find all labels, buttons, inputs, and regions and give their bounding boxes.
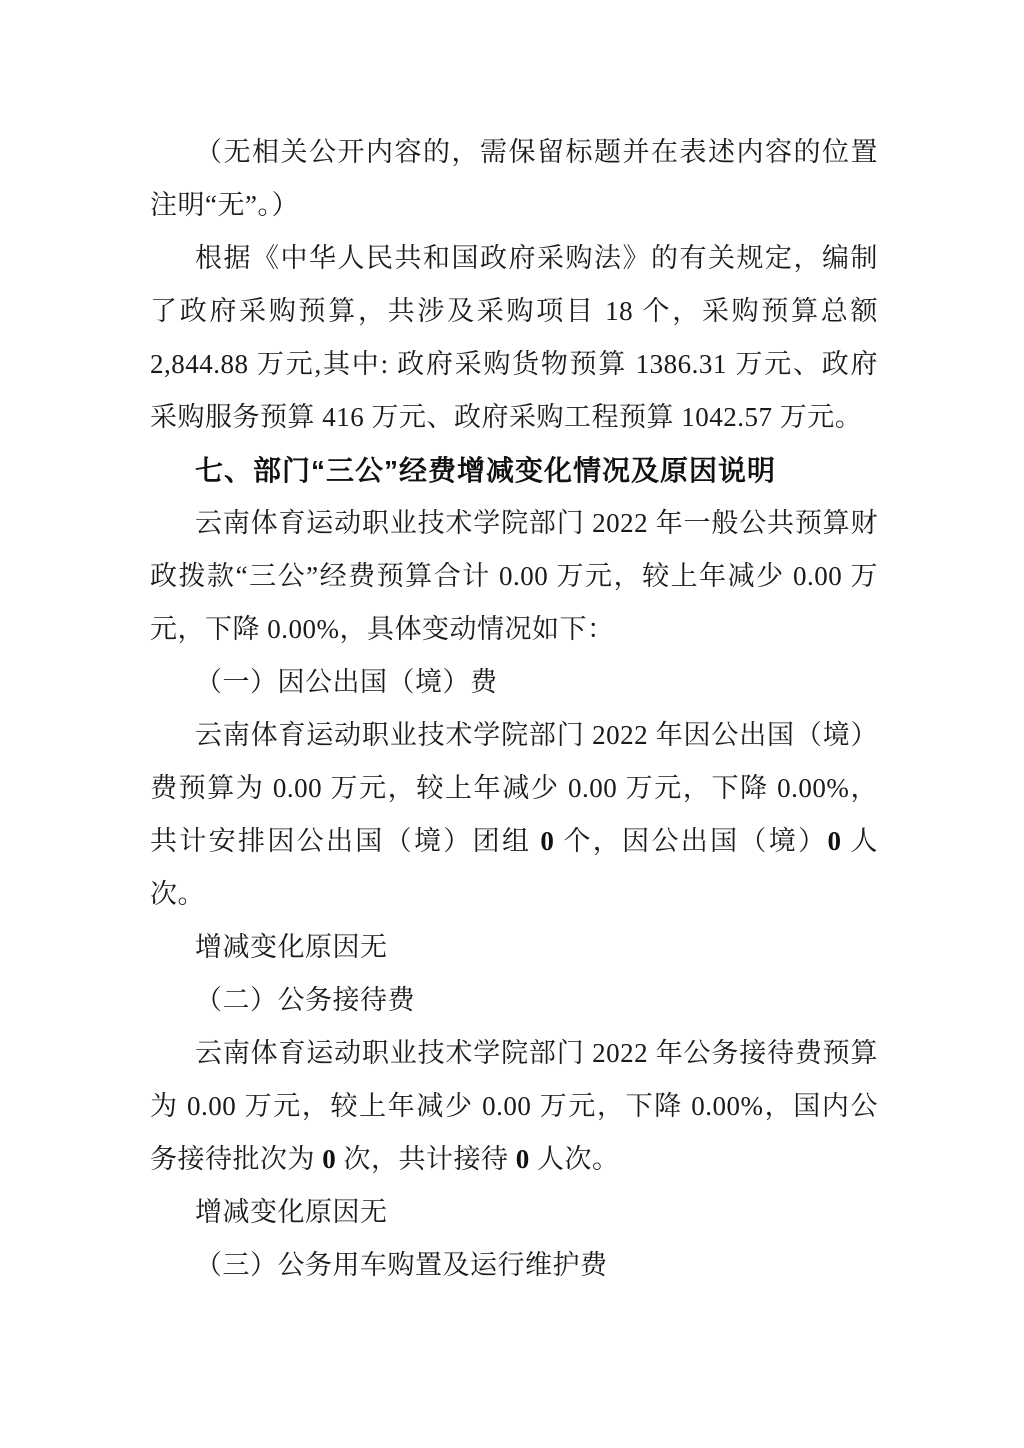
text-run: 增减变化原因无 xyxy=(195,1197,388,1227)
text-run: （无相关公开内容的，需保留标题并在表述内容的位置注明“无”。） xyxy=(150,137,878,220)
bold-number: 0 xyxy=(516,1144,530,1174)
paragraph-change-reason-abroad: 增减变化原因无 xyxy=(150,921,878,974)
bold-number: 0 xyxy=(540,826,554,856)
text-run: （二）公务接待费 xyxy=(195,985,415,1015)
text-run: 增减变化原因无 xyxy=(195,932,388,962)
text-run: 人次。 xyxy=(530,1144,620,1174)
heading-text: 七、部门“三公”经费增减变化情况及原因说明 xyxy=(195,455,776,486)
subsection-heading-reception: （二）公务接待费 xyxy=(150,974,878,1027)
bold-number: 0 xyxy=(322,1144,336,1174)
paragraph-sangong-summary: 云南体育运动职业技术学院部门 2022 年一般公共预算财政拨款“三公”经费预算合… xyxy=(150,497,878,656)
text-run: 次，共计接待 xyxy=(336,1144,516,1174)
subsection-heading-abroad: （一）因公出国（境）费 xyxy=(150,656,878,709)
subsection-heading-vehicle: （三）公务用车购置及运行维护费 xyxy=(150,1239,878,1292)
text-run: （一）因公出国（境）费 xyxy=(195,667,498,697)
paragraph-reception-expense: 云南体育运动职业技术学院部门 2022 年公务接待费预算为 0.00 万元，较上… xyxy=(150,1027,878,1186)
text-run: （三）公务用车购置及运行维护费 xyxy=(195,1250,608,1280)
section-heading-sangong: 七、部门“三公”经费增减变化情况及原因说明 xyxy=(150,444,878,497)
paragraph-change-reason-reception: 增减变化原因无 xyxy=(150,1186,878,1239)
text-run: 个，因公出国（境） xyxy=(554,826,827,856)
document-body: （无相关公开内容的，需保留标题并在表述内容的位置注明“无”。） 根据《中华人民共… xyxy=(150,126,878,1292)
paragraph-note-placeholder: （无相关公开内容的，需保留标题并在表述内容的位置注明“无”。） xyxy=(150,126,878,232)
bold-number: 0 xyxy=(827,826,841,856)
text-run: 根据《中华人民共和国政府采购法》的有关规定，编制了政府采购预算，共涉及采购项目 … xyxy=(150,243,885,432)
text-run: 云南体育运动职业技术学院部门 2022 年一般公共预算财政拨款“三公”经费预算合… xyxy=(150,508,878,644)
paragraph-procurement-budget: 根据《中华人民共和国政府采购法》的有关规定，编制了政府采购预算，共涉及采购项目 … xyxy=(150,232,878,444)
document-page: （无相关公开内容的，需保留标题并在表述内容的位置注明“无”。） 根据《中华人民共… xyxy=(0,0,1024,1448)
paragraph-abroad-expense: 云南体育运动职业技术学院部门 2022 年因公出国（境）费预算为 0.00 万元… xyxy=(150,709,878,921)
